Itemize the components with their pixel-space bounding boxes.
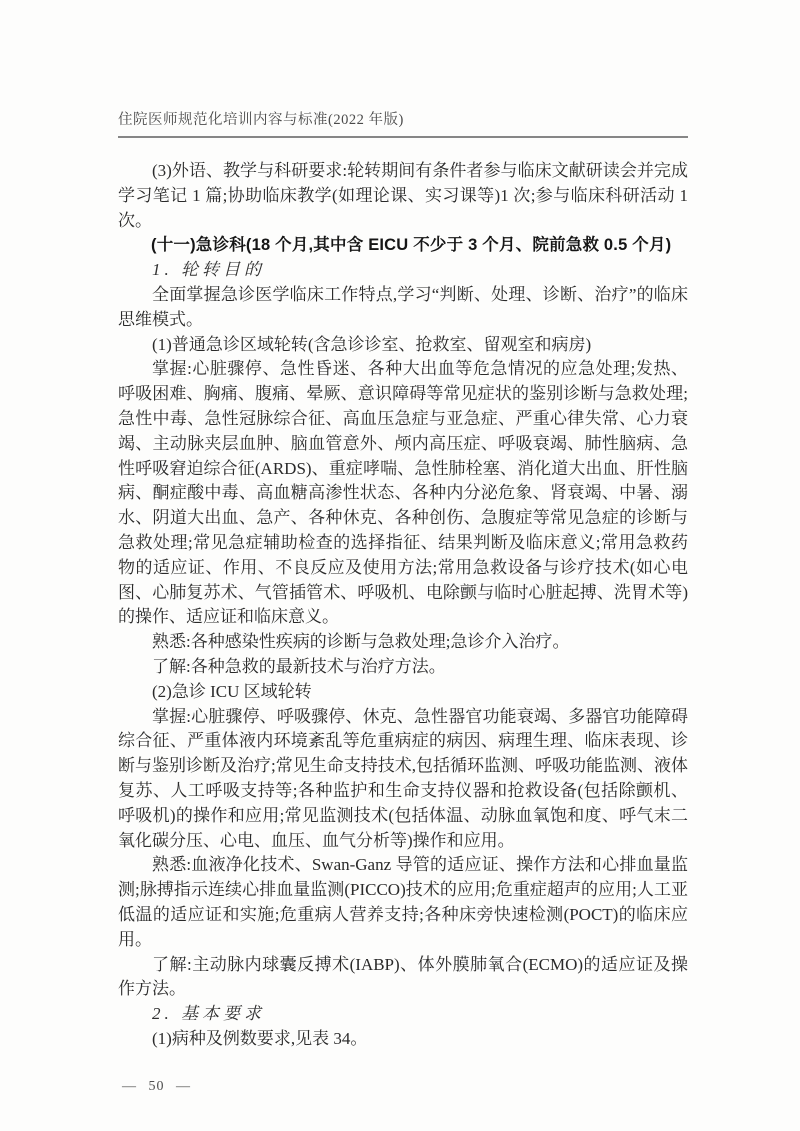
paragraph-general-emergency-area: (1)普通急诊区域轮转(含急诊诊室、抢救室、留观室和病房): [118, 333, 688, 358]
paragraph-foreign-language-requirements: (3)外语、教学与科研要求:轮转期间有条件者参与临床文献研读会并完成学习笔记 1…: [118, 159, 688, 233]
document-page: 住院医师规范化培训内容与标准(2022 年版) (3)外语、教学与科研要求:轮转…: [0, 0, 800, 1131]
paragraph-understand-eicu: 了解:主动脉内球囊反搏术(IABP)、体外膜肺氧合(ECMO)的适应证及操作方法…: [118, 953, 688, 1003]
paragraph-eicu-area: (2)急诊 ICU 区域轮转: [118, 680, 688, 705]
paragraph-master-general-emergency: 掌握:心脏骤停、急性昏迷、各种大出血等危急情况的应急处理;发热、呼吸困难、胸痛、…: [118, 357, 688, 630]
page-header: 住院医师规范化培训内容与标准(2022 年版): [118, 111, 688, 138]
page-number: — 50 —: [122, 1079, 191, 1094]
paragraph-rotation-purpose-body: 全面掌握急诊医学临床工作特点,学习“判断、处理、诊断、治疗”的临床思维模式。: [118, 283, 688, 333]
paragraph-master-eicu: 掌握:心脏骤停、呼吸骤停、休克、急性器官功能衰竭、多器官功能障碍综合征、严重体液…: [118, 705, 688, 854]
header-title: 住院医师规范化培训内容与标准(2022 年版): [118, 111, 688, 129]
section-heading-emergency-department: (十一)急诊科(18 个月,其中含 EICU 不少于 3 个月、院前急救 0.5…: [118, 233, 688, 258]
paragraph-understand-general-emergency: 了解:各种急救的最新技术与治疗方法。: [118, 655, 688, 680]
document-body: (3)外语、教学与科研要求:轮转期间有条件者参与临床文献研读会并完成学习笔记 1…: [118, 159, 688, 1052]
paragraph-disease-case-requirements: (1)病种及例数要求,见表 34。: [118, 1027, 688, 1052]
page-footer: — 50 —: [118, 1079, 688, 1095]
subsection-rotation-purpose: 1. 轮转目的: [118, 258, 688, 283]
subsection-basic-requirements: 2. 基本要求: [118, 1002, 688, 1027]
paragraph-familiar-general-emergency: 熟悉:各种感染性疾病的诊断与急救处理;急诊介入治疗。: [118, 630, 688, 655]
paragraph-familiar-eicu: 熟悉:血液净化技术、Swan-Ganz 导管的适应证、操作方法和心排血量监测;脉…: [118, 853, 688, 952]
